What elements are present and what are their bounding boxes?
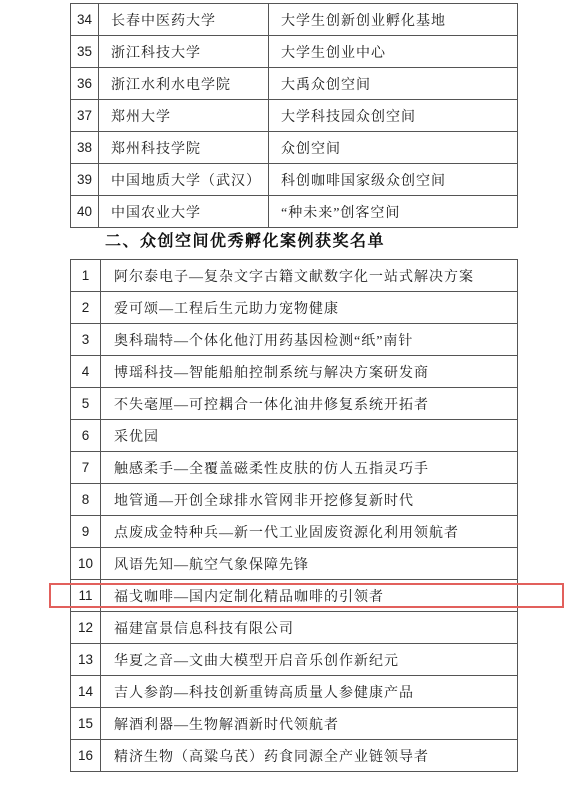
row-number: 4 [71,356,101,387]
table-row: 38 郑州科技学院 众创空间 [71,132,517,164]
table-row: 6 采优园 [71,420,517,452]
row-number: 40 [71,196,99,227]
case-name: 不失毫厘—可控耦合一体化油井修复系统开拓者 [101,388,517,419]
case-name: 吉人参韵—科技创新重铸高质量人参健康产品 [101,676,517,707]
row-number: 5 [71,388,101,419]
table-row-highlighted: 11 福戈咖啡—国内定制化精品咖啡的引领者 [71,580,517,612]
case-name: 解酒利器—生物解酒新时代领航者 [101,708,517,739]
table-row: 9 点废成金特种兵—新一代工业固废资源化利用领航者 [71,516,517,548]
case-name: 博瑶科技—智能船舶控制系统与解决方案研发商 [101,356,517,387]
table-row: 1 阿尔泰电子—复杂文字古籍文献数字化一站式解决方案 [71,260,517,292]
row-number: 34 [71,4,99,35]
university-name: 郑州大学 [99,100,269,131]
section-title: 二、众创空间优秀孵化案例获奖名单 [105,228,385,251]
table-row: 13 华夏之音—文曲大模型开启音乐创作新纪元 [71,644,517,676]
row-number: 8 [71,484,101,515]
table-row: 15 解酒利器—生物解酒新时代领航者 [71,708,517,740]
case-name: 阿尔泰电子—复杂文字古籍文献数字化一站式解决方案 [101,260,517,291]
case-name: 精济生物（高粱乌芪）药食同源全产业链领导者 [101,740,517,771]
makerspace-name: “种未来”创客空间 [269,196,517,227]
university-name: 中国农业大学 [99,196,269,227]
makerspace-name: 众创空间 [269,132,517,163]
row-number: 2 [71,292,101,323]
table-row: 39 中国地质大学（武汉） 科创咖啡国家级众创空间 [71,164,517,196]
row-number: 12 [71,612,101,643]
table-row: 3 奥科瑞特—个体化他汀用药基因检测“纸”南针 [71,324,517,356]
table-row: 36 浙江水利水电学院 大禹众创空间 [71,68,517,100]
row-number: 36 [71,68,99,99]
table-row: 7 触感柔手—全覆盖磁柔性皮肤的仿人五指灵巧手 [71,452,517,484]
table-row: 37 郑州大学 大学科技园众创空间 [71,100,517,132]
table-row: 34 长春中医药大学 大学生创新创业孵化基地 [71,4,517,36]
case-name: 爱可颂—工程后生元助力宠物健康 [101,292,517,323]
university-name: 中国地质大学（武汉） [99,164,269,195]
makerspace-name: 大学生创新创业孵化基地 [269,4,517,35]
row-number: 14 [71,676,101,707]
makerspace-name: 大学科技园众创空间 [269,100,517,131]
incubation-cases-table: 1 阿尔泰电子—复杂文字古籍文献数字化一站式解决方案 2 爱可颂—工程后生元助力… [70,259,518,772]
document-page: { "colors":{ "table_border":"#555555", "… [0,0,578,798]
case-name: 采优园 [101,420,517,451]
row-number: 9 [71,516,101,547]
makerspace-name: 大学生创业中心 [269,36,517,67]
makerspace-name: 科创咖啡国家级众创空间 [269,164,517,195]
row-number: 6 [71,420,101,451]
table-row: 35 浙江科技大学 大学生创业中心 [71,36,517,68]
case-name: 触感柔手—全覆盖磁柔性皮肤的仿人五指灵巧手 [101,452,517,483]
table-row: 40 中国农业大学 “种未来”创客空间 [71,196,517,227]
row-number: 10 [71,548,101,579]
table-row: 14 吉人参韵—科技创新重铸高质量人参健康产品 [71,676,517,708]
table-row: 16 精济生物（高粱乌芪）药食同源全产业链领导者 [71,740,517,771]
table-row: 12 福建富景信息科技有限公司 [71,612,517,644]
table-row: 8 地管通—开创全球排水管网非开挖修复新时代 [71,484,517,516]
table-row: 10 风语先知—航空气象保障先锋 [71,548,517,580]
row-number: 11 [71,580,101,611]
row-number: 1 [71,260,101,291]
university-name: 浙江水利水电学院 [99,68,269,99]
case-name: 风语先知—航空气象保障先锋 [101,548,517,579]
row-number: 13 [71,644,101,675]
university-name: 郑州科技学院 [99,132,269,163]
table-row: 5 不失毫厘—可控耦合一体化油井修复系统开拓者 [71,388,517,420]
case-name: 华夏之音—文曲大模型开启音乐创作新纪元 [101,644,517,675]
row-number: 15 [71,708,101,739]
row-number: 37 [71,100,99,131]
row-number: 38 [71,132,99,163]
case-name: 福建富景信息科技有限公司 [101,612,517,643]
case-name: 奥科瑞特—个体化他汀用药基因检测“纸”南针 [101,324,517,355]
table-row: 2 爱可颂—工程后生元助力宠物健康 [71,292,517,324]
row-number: 3 [71,324,101,355]
university-name: 浙江科技大学 [99,36,269,67]
table-row: 4 博瑶科技—智能船舶控制系统与解决方案研发商 [71,356,517,388]
universities-table: 34 长春中医药大学 大学生创新创业孵化基地 35 浙江科技大学 大学生创业中心… [70,3,518,228]
university-name: 长春中医药大学 [99,4,269,35]
row-number: 7 [71,452,101,483]
case-name: 点废成金特种兵—新一代工业固废资源化利用领航者 [101,516,517,547]
row-number: 39 [71,164,99,195]
row-number: 16 [71,740,101,771]
case-name: 福戈咖啡—国内定制化精品咖啡的引领者 [101,580,517,611]
makerspace-name: 大禹众创空间 [269,68,517,99]
case-name: 地管通—开创全球排水管网非开挖修复新时代 [101,484,517,515]
row-number: 35 [71,36,99,67]
